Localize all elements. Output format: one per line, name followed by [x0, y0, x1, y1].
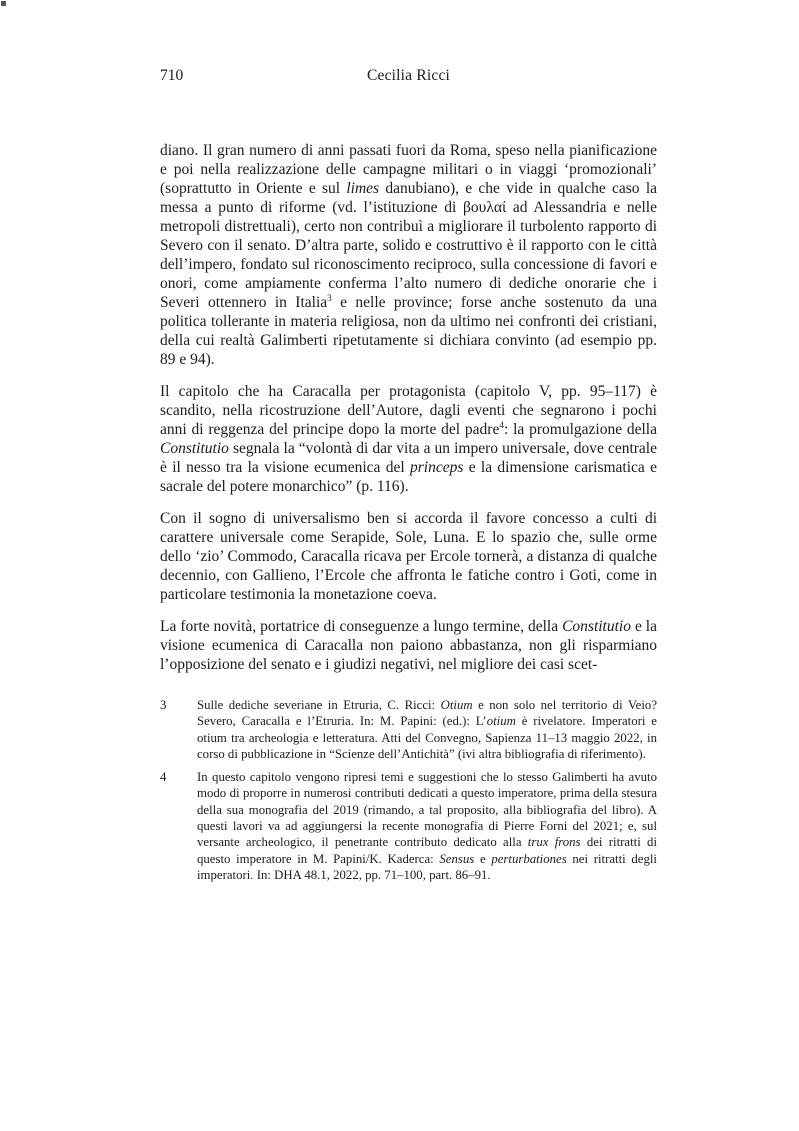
footnote-number: 3	[160, 697, 197, 762]
text-segment: otium	[487, 714, 516, 728]
text-segment: danubiano), e che vide in qualche caso l…	[160, 180, 657, 311]
scan-artifact	[1, 1, 6, 6]
running-header: 710 Cecilia Ricci	[160, 66, 657, 85]
body-paragraph: Il capitolo che ha Caracalla per protago…	[160, 382, 657, 496]
text-segment: Con il sogno di universalismo ben si acc…	[160, 510, 657, 603]
body-text: diano. Il gran numero di anni passati fu…	[160, 141, 657, 687]
text-segment: perturbationes	[491, 852, 566, 866]
body-paragraph: La forte novità, portatrice di conseguen…	[160, 617, 657, 674]
text-segment: Constitutio	[160, 440, 229, 457]
text-segment: La forte novità, portatrice di conseguen…	[160, 618, 562, 635]
text-segment: trux frons	[528, 835, 581, 849]
text-segment: Otium	[441, 698, 473, 712]
footnote-text: Sulle dediche severiane in Etruria, C. R…	[197, 697, 657, 762]
page-number: 710	[160, 66, 183, 85]
text-segment: e	[474, 852, 491, 866]
text-segment: limes	[346, 180, 379, 197]
text-segment: Sulle dediche severiane in Etruria, C. R…	[197, 698, 441, 712]
running-head-author: Cecilia Ricci	[160, 66, 657, 85]
body-paragraph: Con il sogno di universalismo ben si acc…	[160, 509, 657, 604]
text-segment: : la promulgazione della	[504, 421, 657, 438]
footnote: 4In questo capitolo vengono ripresi temi…	[160, 769, 657, 883]
body-paragraph: diano. Il gran numero di anni passati fu…	[160, 141, 657, 369]
footnote-text: In questo capitolo vengono ripresi temi …	[197, 769, 657, 883]
document-page: 710 Cecilia Ricci diano. Il gran numero …	[0, 0, 799, 1131]
text-segment: Constitutio	[562, 618, 631, 635]
footnote-number: 4	[160, 769, 197, 883]
text-segment: Sensus	[439, 852, 474, 866]
footnotes-section: 3Sulle dediche severiane in Etruria, C. …	[160, 697, 657, 890]
footnote: 3Sulle dediche severiane in Etruria, C. …	[160, 697, 657, 762]
text-segment: princeps	[410, 459, 463, 476]
